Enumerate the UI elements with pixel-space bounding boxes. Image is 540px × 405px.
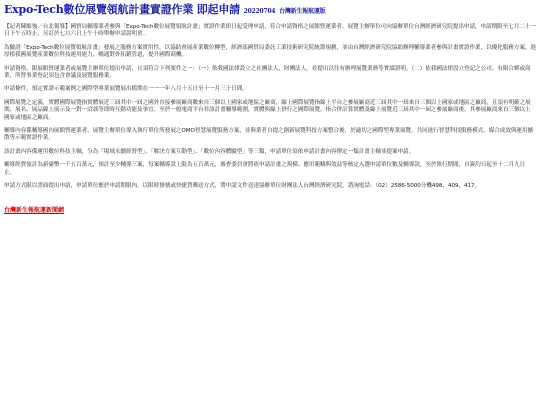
title-text: Expo-Tech數位展覽領航計畫實證作業 即起申請: [4, 3, 240, 16]
paragraph-intro: 【記者陳維強／台北報導】國貿局輔導業者參與「Expo-Tech數位展覽領航計畫」…: [4, 24, 536, 39]
article-title: Expo-Tech數位展覽領航計畫實證作業 即起申請 20220704 台灣新生…: [4, 3, 536, 19]
paragraph-conditions: 申請條件，預定實證示範案例之國際型專業展覽展出檔期在一一一年八月十五日至十一月三…: [4, 86, 536, 93]
paragraph-content: 輔導內容係輔導國內展館營運業者、展覽主辦單位導入執行單位所發展之OMO智慧展覽服…: [4, 128, 536, 143]
paragraph-background: 為驗證「Expo-Tech數位展覽領航計畫」發展之服務方案實用性，以協助會展產業…: [4, 45, 536, 60]
article: Expo-Tech數位展覽領航計畫實證作業 即起申請 20220704 台灣新生…: [0, 0, 540, 216]
article-source: 台灣新生報航運版: [279, 8, 325, 15]
paragraph-funding: 輔導經費預計為新臺幣一千五百萬元，預計至少輔導三案，每案輔導款上限為五百萬元，審…: [4, 162, 536, 177]
paragraph-categories: 該計畫內容係運用數位科技主軸，分為「場域永續經營型」、「解決方案互動型」、「數位…: [4, 149, 536, 156]
paragraph-eligibility: 申請資格，限展館營運業者或展覽主辦單位提出申請，且須符合下列要件之一：（一）依我…: [4, 66, 536, 81]
news-site-link[interactable]: 台灣新生報航運新聞網: [4, 205, 64, 214]
paragraph-application: 申請方式限以書面提出申請，申請單位應於申請期限內，以限時掛號或快捷貨郵送方式，將…: [4, 183, 536, 190]
article-date: 20220704: [244, 8, 276, 15]
paragraph-definition: 國際展覽之定義，實體國際展覽指實體展近三屆其中一屆之國外直接參展廠商數來自三個以…: [4, 100, 536, 122]
